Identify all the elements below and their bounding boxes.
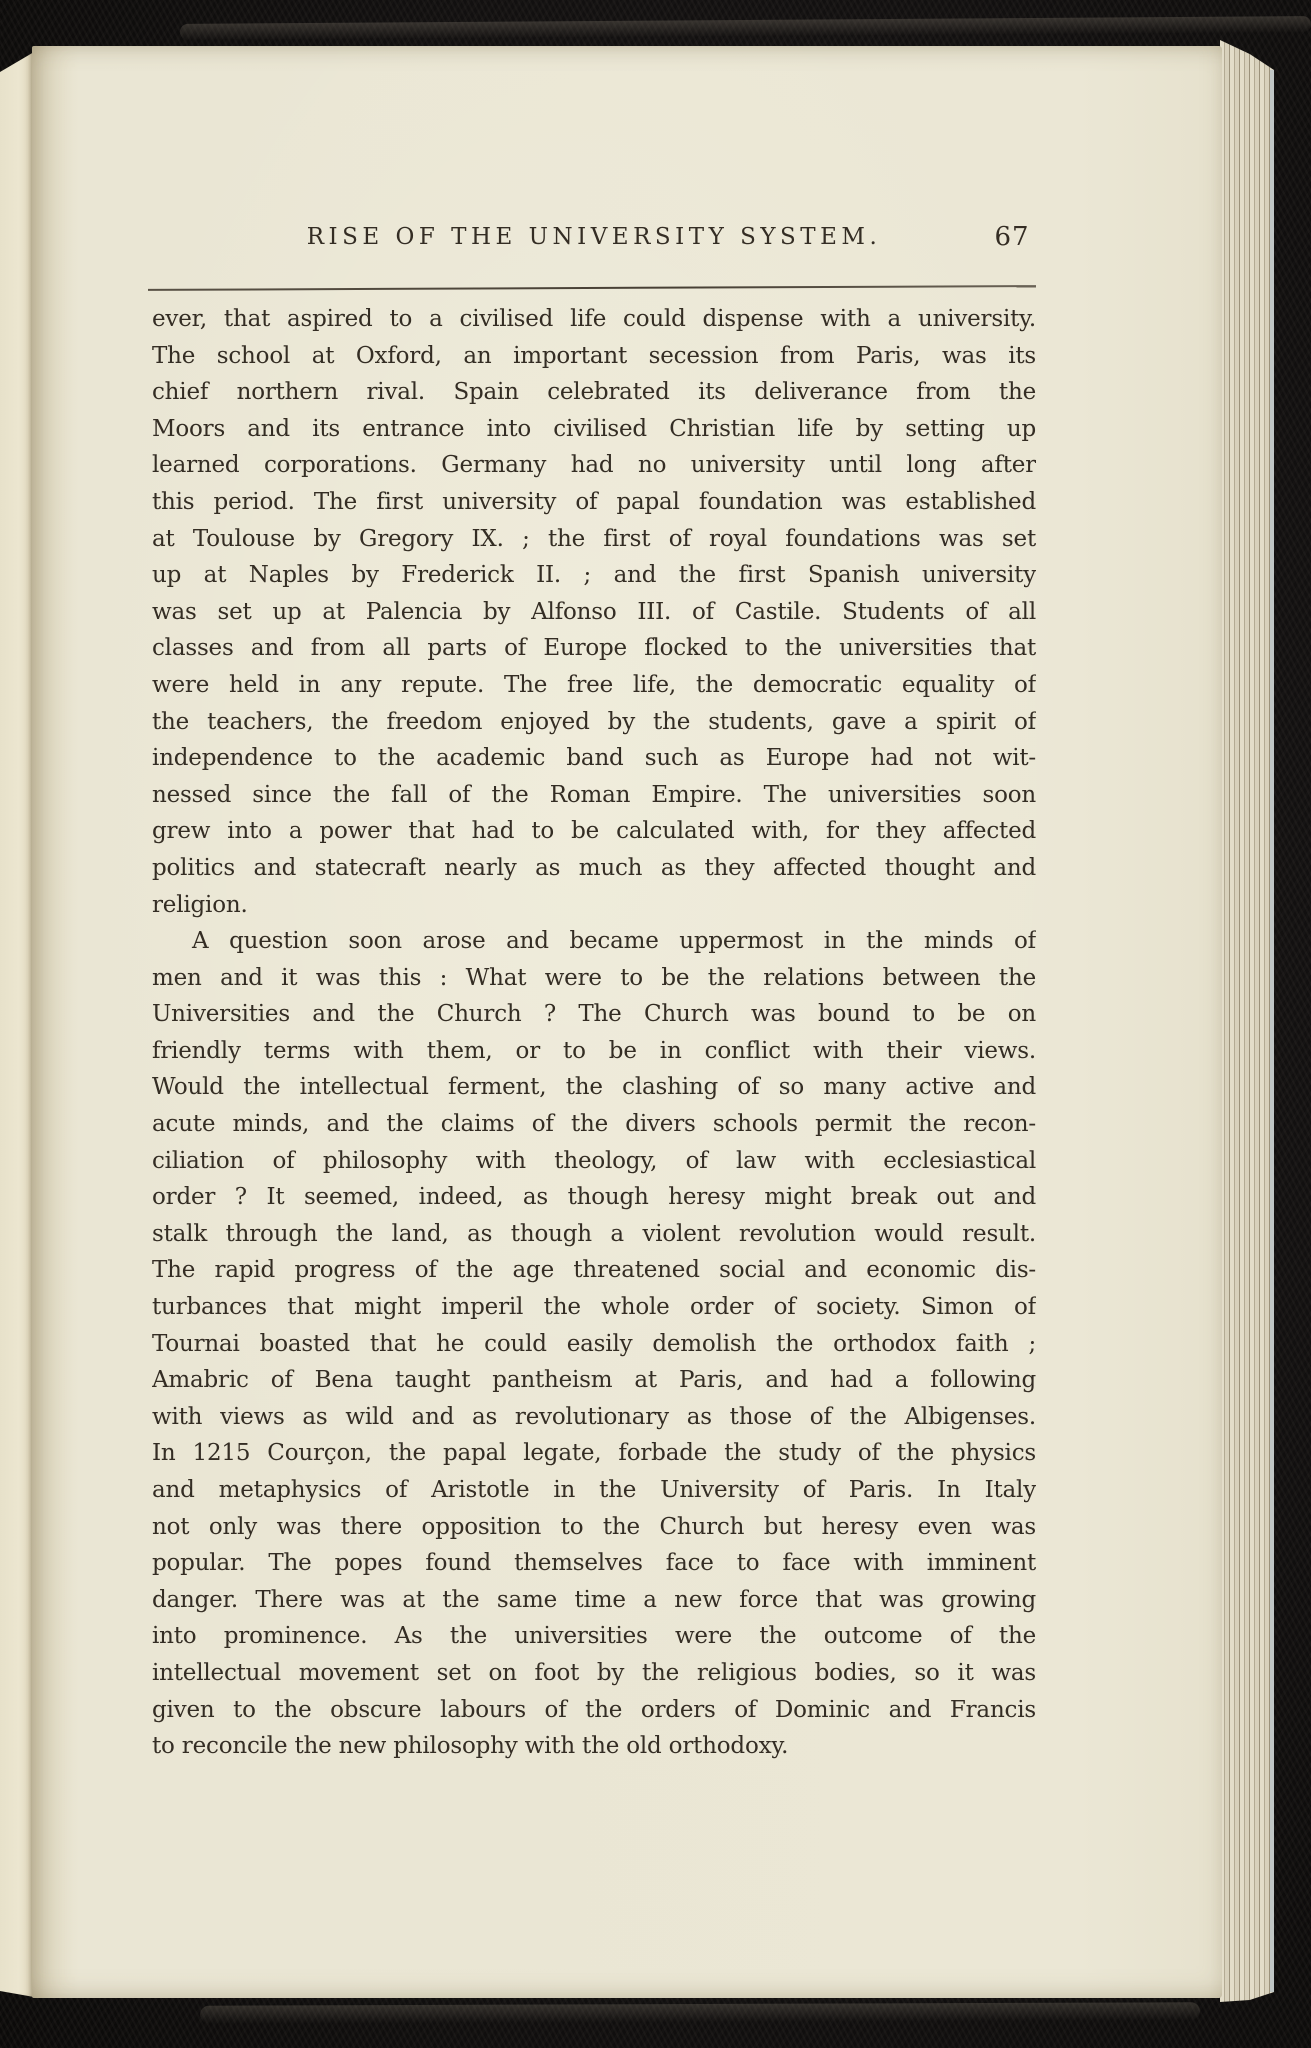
text-line: politics and statecraft nearly as much a…	[152, 850, 1036, 887]
text-line: turbances that might imperil the whole o…	[152, 1289, 1036, 1326]
text-line: men and it was this : What were to be th…	[152, 960, 1036, 997]
text-line: Amabric of Bena taught pantheism at Pari…	[152, 1362, 1036, 1399]
text-line: was set up at Palencia by Alfonso III. o…	[152, 594, 1036, 631]
text-line: independence to the academic band such a…	[152, 740, 1036, 777]
text-line: A question soon arose and became uppermo…	[152, 923, 1036, 960]
book-page: RISE OF THE UNIVERSITY SYSTEM. 67 ever, …	[32, 46, 1222, 1998]
text-line: Moors and its entrance into civilised Ch…	[152, 411, 1036, 448]
text-line: to reconcile the new philosophy with the…	[152, 1728, 1036, 1765]
text-line: given to the obscure labours of the orde…	[152, 1692, 1036, 1729]
cover-edge-ridge-bottom	[200, 2002, 1200, 2023]
text-line: at Toulouse by Gregory IX. ; the first o…	[152, 521, 1036, 558]
right-page-edges	[1220, 40, 1274, 2002]
text-line: with views as wild and as revolutionary …	[152, 1399, 1036, 1436]
text-line: The rapid progress of the age threatened…	[152, 1252, 1036, 1289]
paragraph: ever, that aspired to a civilised life c…	[152, 301, 1036, 923]
text-line: not only was there opposition to the Chu…	[152, 1509, 1036, 1546]
paragraph: A question soon arose and became uppermo…	[152, 923, 1036, 1765]
text-line: and metaphysics of Aristotle in the Univ…	[152, 1472, 1036, 1509]
header-rule	[148, 285, 1036, 291]
text-line: Tournai boasted that he could easily dem…	[152, 1326, 1036, 1363]
text-line: In 1215 Courçon, the papal legate, forba…	[152, 1435, 1036, 1472]
text-line: ever, that aspired to a civilised life c…	[152, 301, 1036, 338]
text-line: danger. There was at the same time a new…	[152, 1582, 1036, 1619]
text-line: stalk through the land, as though a viol…	[152, 1216, 1036, 1253]
text-line: up at Naples by Frederick II. ; and the …	[152, 557, 1036, 594]
running-header-title: RISE OF THE UNIVERSITY SYSTEM.	[152, 224, 1036, 250]
text-line: chief northern rival. Spain celebrated i…	[152, 374, 1036, 411]
text-line: Would the intellectual ferment, the clas…	[152, 1069, 1036, 1106]
text-line: into prominence. As the universities wer…	[152, 1618, 1036, 1655]
left-page-edges	[0, 52, 34, 1997]
text-line: learned corporations. Germany had no uni…	[152, 447, 1036, 484]
text-line: classes and from all parts of Europe flo…	[152, 630, 1036, 667]
page-body: ever, that aspired to a civilised life c…	[152, 301, 1036, 1765]
text-line: nessed since the fall of the Roman Empir…	[152, 777, 1036, 814]
text-line: The school at Oxford, an important seces…	[152, 338, 1036, 375]
text-line: acute minds, and the claims of the diver…	[152, 1106, 1036, 1143]
text-line: this period. The first university of pap…	[152, 484, 1036, 521]
text-line: ciliation of philosophy with theology, o…	[152, 1143, 1036, 1180]
text-line: grew into a power that had to be calcula…	[152, 813, 1036, 850]
text-line: intellectual movement set on foot by the…	[152, 1655, 1036, 1692]
text-line: popular. The popes found themselves face…	[152, 1545, 1036, 1582]
book-photograph: RISE OF THE UNIVERSITY SYSTEM. 67 ever, …	[0, 0, 1311, 2048]
text-line: religion.	[152, 887, 1036, 924]
text-line: Universities and the Church ? The Church…	[152, 996, 1036, 1033]
text-line: friendly terms with them, or to be in co…	[152, 1033, 1036, 1070]
text-line: were held in any repute. The free life, …	[152, 667, 1036, 704]
text-line: order ? It seemed, indeed, as though her…	[152, 1179, 1036, 1216]
text-line: the teachers, the freedom enjoyed by the…	[152, 704, 1036, 741]
page-number: 67	[932, 222, 1092, 252]
